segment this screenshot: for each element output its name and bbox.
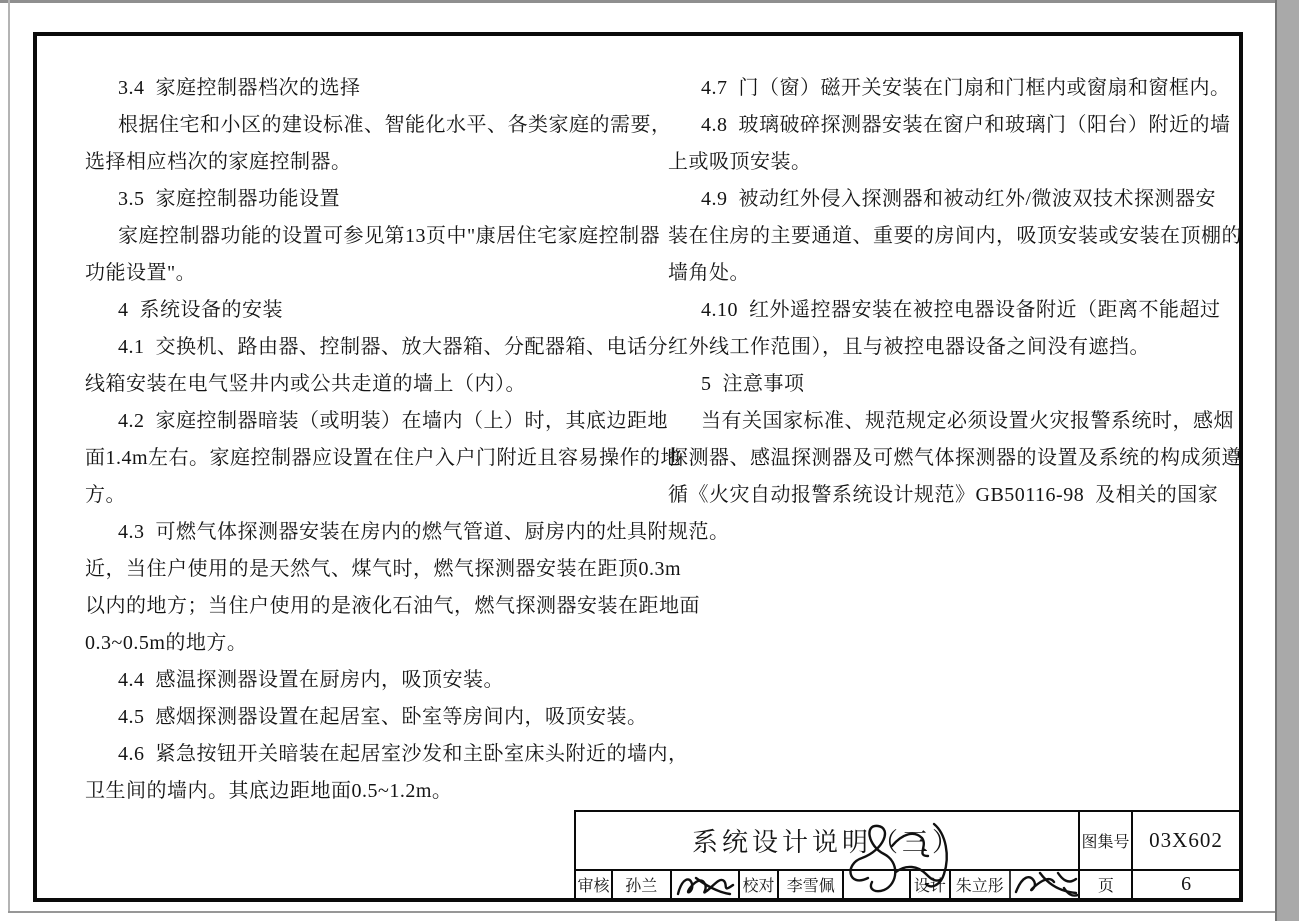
text-line: 4.3 可燃气体探测器安装在房内的燃气管道、厨房内的灶具附 <box>85 514 661 551</box>
text-line: 墙角处。 <box>668 255 1248 292</box>
proofreader-signature-cell <box>842 871 909 898</box>
reviewer-name: 孙兰 <box>611 871 670 898</box>
text-line: 0.3~0.5m的地方。 <box>85 625 661 662</box>
text-line: 4 系统设备的安装 <box>85 292 661 329</box>
text-line: 4.8 玻璃破碎探测器安装在窗户和玻璃门（阳台）附近的墙 <box>668 107 1248 144</box>
text-line: 4.5 感烟探测器设置在起居室、卧室等房间内，吸顶安装。 <box>85 699 661 736</box>
text-line: 4.9 被动红外侵入探测器和被动红外/微波双技术探测器安 <box>668 181 1248 218</box>
scan-edge-left <box>8 0 10 913</box>
text-line: 面1.4m左右。家庭控制器应设置在住户入户门附近且容易操作的地 <box>85 440 661 477</box>
text-line: 当有关国家标准、规范规定必须设置火灾报警系统时，感烟 <box>668 403 1248 440</box>
scan-edge-right <box>1275 0 1299 921</box>
sheet-title: 系统设计说明（三） <box>576 812 1078 869</box>
text-line: 规范。 <box>668 514 1248 551</box>
scan-edge-bottom <box>8 911 1278 913</box>
designer-name: 朱立彤 <box>949 871 1009 898</box>
design-label: 设计 <box>909 871 949 898</box>
atlas-number-value: 03X602 <box>1131 812 1239 869</box>
atlas-number-label: 图集号 <box>1078 812 1131 869</box>
text-line: 根据住宅和小区的建设标准、智能化水平、各类家庭的需要， <box>85 107 661 144</box>
title-block-top-row: 系统设计说明（三） 图集号 03X602 <box>576 812 1239 871</box>
text-line: 4.2 家庭控制器暗装（或明装）在墙内（上）时，其底边距地 <box>85 403 661 440</box>
text-line: 4.10 红外遥控器安装在被控电器设备附近（距离不能超过 <box>668 292 1248 329</box>
text-line: 3.4 家庭控制器档次的选择 <box>85 70 661 107</box>
text-line: 以内的地方；当住户使用的是液化石油气，燃气探测器安装在距地面 <box>85 588 661 625</box>
text-line: 3.5 家庭控制器功能设置 <box>85 181 661 218</box>
text-line: 循《火灾自动报警系统设计规范》GB50116-98 及相关的国家 <box>668 477 1248 514</box>
right-column: 4.7 门（窗）磁开关安装在门扇和门框内或窗扇和窗框内。4.8 玻璃破碎探测器安… <box>668 70 1248 551</box>
proofread-label: 校对 <box>738 871 778 898</box>
left-column: 3.4 家庭控制器档次的选择根据住宅和小区的建设标准、智能化水平、各类家庭的需要… <box>85 70 661 810</box>
page-label: 页 <box>1078 871 1131 898</box>
text-line: 4.6 紧急按钮开关暗装在起居室沙发和主卧室床头附近的墙内， <box>85 736 661 773</box>
proofreader-name: 李雪佩 <box>777 871 842 898</box>
text-line: 探测器、感温探测器及可燃气体探测器的设置及系统的构成须遵 <box>668 440 1248 477</box>
text-line: 近，当住户使用的是天然气、煤气时，燃气探测器安装在距顶0.3m <box>85 551 661 588</box>
scanned-page: 3.4 家庭控制器档次的选择根据住宅和小区的建设标准、智能化水平、各类家庭的需要… <box>0 0 1299 921</box>
page-number: 6 <box>1131 871 1239 898</box>
designer-signature-cell <box>1009 871 1079 898</box>
text-line: 家庭控制器功能的设置可参见第13页中"康居住宅家庭控制器 <box>85 218 661 255</box>
drawing-border: 3.4 家庭控制器档次的选择根据住宅和小区的建设标准、智能化水平、各类家庭的需要… <box>33 32 1243 902</box>
text-line: 上或吸顶安装。 <box>668 144 1248 181</box>
text-line: 4.7 门（窗）磁开关安装在门扇和门框内或窗扇和窗框内。 <box>668 70 1248 107</box>
title-block-bottom-row: 审核 孙兰 校对 李雪佩 设计 朱立彤 页 6 <box>576 871 1239 898</box>
text-line: 4.1 交换机、路由器、控制器、放大器箱、分配器箱、电话分 <box>85 329 661 366</box>
scan-edge-top <box>0 0 1299 3</box>
reviewer-signature-cell <box>670 871 738 898</box>
text-line: 装在住房的主要通道、重要的房间内，吸顶安装或安装在顶棚的 <box>668 218 1248 255</box>
title-block: 系统设计说明（三） 图集号 03X602 审核 孙兰 校对 李雪佩 设计 朱立彤… <box>574 810 1239 898</box>
text-line: 红外线工作范围），且与被控电器设备之间没有遮挡。 <box>668 329 1248 366</box>
text-line: 5 注意事项 <box>668 366 1248 403</box>
text-line: 4.4 感温探测器设置在厨房内，吸顶安装。 <box>85 662 661 699</box>
text-line: 线箱安装在电气竖井内或公共走道的墙上（内）。 <box>85 366 661 403</box>
text-line: 方。 <box>85 477 661 514</box>
review-label: 审核 <box>576 871 611 898</box>
text-line: 选择相应档次的家庭控制器。 <box>85 144 661 181</box>
text-line: 卫生间的墙内。其底边距地面0.5~1.2m。 <box>85 773 661 810</box>
text-line: 功能设置"。 <box>85 255 661 292</box>
